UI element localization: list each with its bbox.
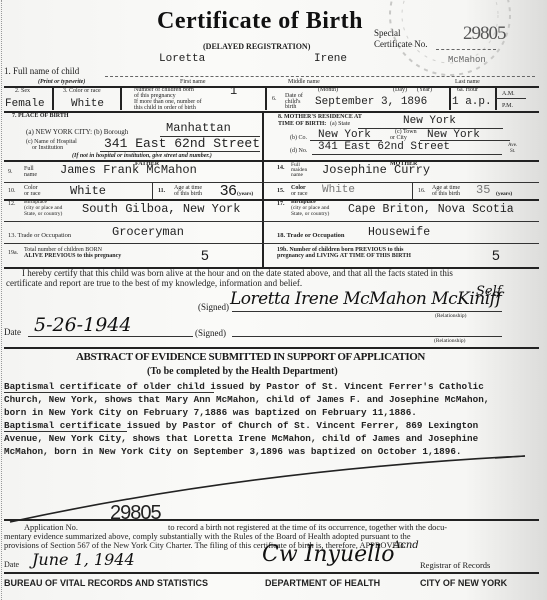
footer-city: CITY OF NEW YORK xyxy=(420,578,507,588)
abstract-line: Avenue, New York City, shows that Lorett… xyxy=(4,433,478,444)
certificate-no-label: Certificate No. xyxy=(374,39,427,49)
left-margin-edge xyxy=(1,0,2,600)
certificate-title: Certificate of Birth xyxy=(157,8,363,35)
mother-name-value: Josephine Curry xyxy=(322,163,430,177)
child-name-label: 1. Full name of child xyxy=(4,66,79,76)
footer-bureau: BUREAU OF VITAL RECORDS AND STATISTICS xyxy=(4,578,208,588)
father-color-value: White xyxy=(70,184,106,198)
father-occupation-value: Groceryman xyxy=(112,225,184,239)
mother-color-value: White xyxy=(322,184,355,196)
hospital-value: 341 East 62nd Street xyxy=(104,136,260,151)
father-age-value: 36 xyxy=(220,182,237,199)
birth-date-value: September 3, 1896 xyxy=(315,96,427,108)
applicant-signature: Loretta Irene McMahon McKiniff xyxy=(230,289,501,309)
certification-date-value: 5-26-1944 xyxy=(34,314,131,336)
abstract-subheading: (To be completed by the Health Departmen… xyxy=(147,366,338,377)
relationship-value: Self xyxy=(476,284,502,299)
mother-occupation-value: Housewife xyxy=(368,226,430,239)
certification-text-2: certificate and report are true to the b… xyxy=(6,278,302,288)
registrar-signature: Cw Inyuello xyxy=(262,542,394,567)
abstract-line: Baptismal certificate issued by Pastor o… xyxy=(4,420,478,431)
father-birthplace-value: South Gilboa, New York xyxy=(82,202,240,216)
abstract-line: Church, New York, shows that Mary Ann Mc… xyxy=(4,394,489,405)
abstract-heading: ABSTRACT OF EVIDENCE SUBMITTED IN SUPPOR… xyxy=(76,351,425,363)
special-label: Special xyxy=(374,28,401,38)
child-middle-name: Irene xyxy=(314,53,347,65)
child-first-name: Loretta xyxy=(159,53,205,65)
abstract-line: Baptismal certificate of older child iss… xyxy=(4,381,484,392)
children-born-alive-value: 5 xyxy=(201,247,209,263)
father-name-value: James Frank McMahon xyxy=(60,163,197,177)
birth-hour-value: 1 a.p. xyxy=(452,96,492,108)
certificate-subtitle: (DELAYED REGISTRATION) xyxy=(203,42,310,51)
abstract-line: born in New York City on February 7,1886… xyxy=(4,407,417,418)
footer-department: DEPARTMENT OF HEALTH xyxy=(265,578,380,588)
certification-text-1: I hereby certify that this child was bor… xyxy=(22,268,453,278)
borough-value: Manhattan xyxy=(166,121,231,135)
special-certificate-number: 29805 xyxy=(463,23,506,45)
birth-certificate: Certificate of Birth (DELAYED REGISTRATI… xyxy=(0,0,547,600)
mother-birthplace-value: Cape Briton, Nova Scotia xyxy=(348,203,514,216)
mother-age-value: 35 xyxy=(476,183,490,197)
residence-state-value: New York xyxy=(403,115,456,127)
children-living-value: 5 xyxy=(492,247,500,263)
children-this-pregnancy: 1 xyxy=(230,84,237,98)
residence-street-value: 341 East 62nd Street xyxy=(318,141,450,153)
application-number: 29805 xyxy=(110,502,161,525)
sex-value: Female xyxy=(5,98,45,110)
color-value: White xyxy=(71,98,104,110)
child-last-name: McMahon xyxy=(448,55,486,65)
void-line-icon xyxy=(0,450,547,525)
approval-date-value: June 1, 1944 xyxy=(32,550,135,569)
